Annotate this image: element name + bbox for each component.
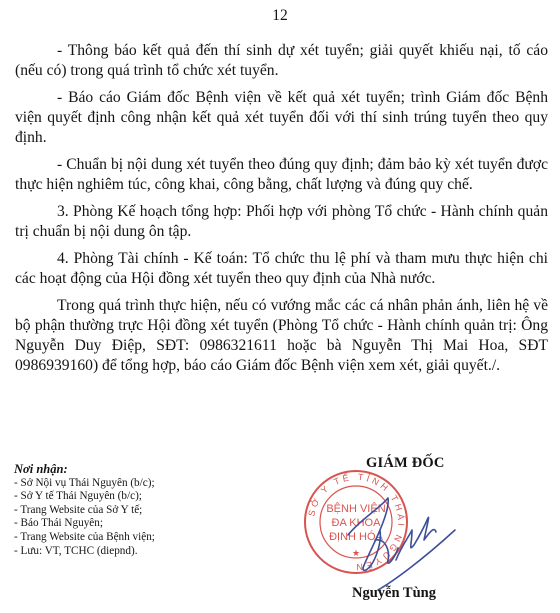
paragraph: - Chuẩn bị nội dung xét tuyển theo đúng … (15, 155, 548, 195)
recipient-item: - Trang Website của Bệnh viện; (14, 531, 155, 545)
signature-icon (330, 490, 480, 595)
paragraph: 4. Phòng Tài chính - Kế toán: Tổ chức th… (15, 249, 548, 289)
recipients-block: Nơi nhận: - Sở Nội vụ Thái Nguyên (b/c);… (14, 463, 155, 558)
recipients-label: Nơi nhận: (14, 463, 155, 477)
document-body: - Thông báo kết quả đến thí sinh dự xét … (15, 41, 548, 383)
signer-name: Nguyễn Tùng (352, 585, 436, 602)
recipient-item: - Lưu: VT, TCHC (diepnd). (14, 545, 155, 559)
paragraph: - Thông báo kết quả đến thí sinh dự xét … (15, 41, 548, 81)
page-number: 12 (0, 7, 560, 25)
recipient-item: - Sở Y tế Thái Nguyên (b/c); (14, 490, 155, 504)
recipient-item: - Sở Nội vụ Thái Nguyên (b/c); (14, 477, 155, 491)
paragraph: 3. Phòng Kế hoạch tổng hợp: Phối hợp với… (15, 202, 548, 242)
paragraph: Trong quá trình thực hiện, nếu có vướng … (15, 296, 548, 376)
recipient-item: - Báo Thái Nguyên; (14, 517, 155, 531)
paragraph: - Báo cáo Giám đốc Bệnh viện về kết quả … (15, 88, 548, 148)
recipient-item: - Trang Website của Sở Y tế; (14, 504, 155, 518)
